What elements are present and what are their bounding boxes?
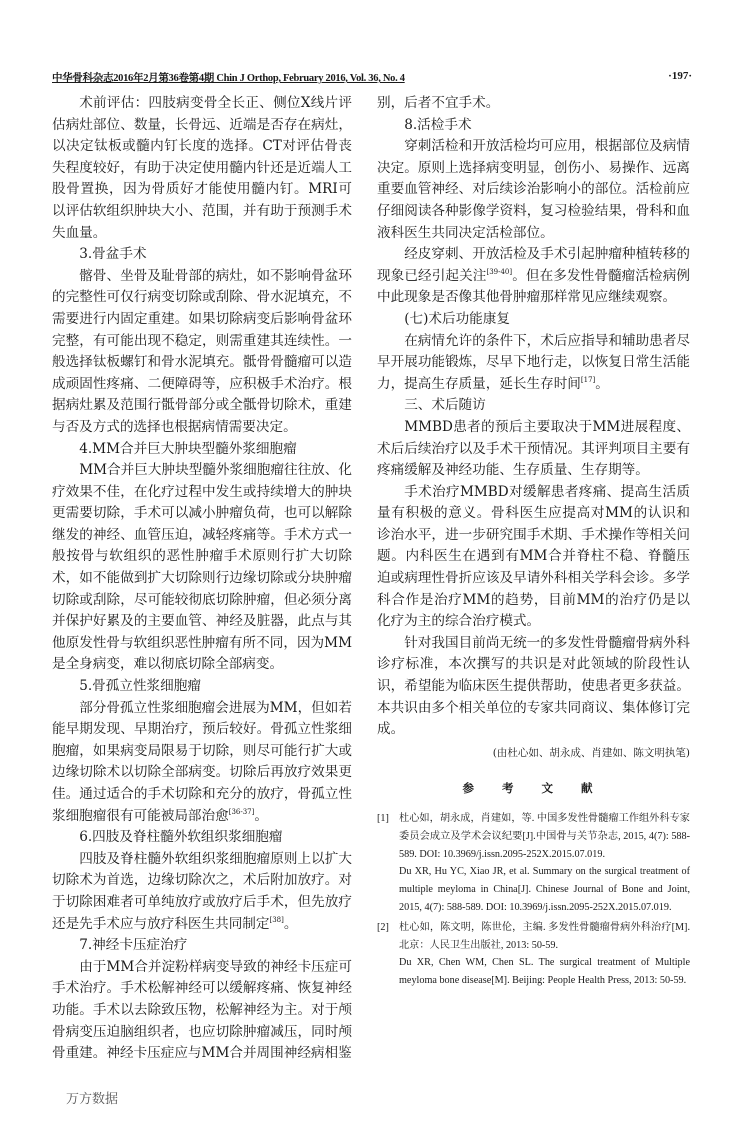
- page-number: ·197·: [668, 70, 692, 82]
- reference-chinese: 杜心如，胡永成，肖建如，等. 中国多发性骨髓瘤工作组外科专家委员会成立及学术会议…: [399, 813, 690, 860]
- paragraph-solitary-plasmacytoma: 部分骨孤立性浆细胞瘤会进展为MM，但如若能早期发现、早期治疗，预后较好。骨孤立性…: [52, 698, 352, 828]
- paragraph-preop-assessment: 术前评估：四肢病变骨全长正、侧位X线片评估病灶部位、数量，长骨远、近端是否存在病…: [52, 93, 352, 244]
- reference-number: [2]: [377, 919, 389, 937]
- paragraph-pelvic-surgery: 髂骨、坐骨及耻骨部的病灶，如不影响骨盆环的完整性可仅行病变切除或刮除、骨水泥填充…: [52, 266, 352, 439]
- paragraph-rehabilitation: 在病情允许的条件下，术后应指导和辅助患者尽早开展功能锻炼，尽早下地行走，以恢复日…: [377, 331, 690, 396]
- paragraph-nerve-entrapment: 由于MM合并淀粉样病变导致的神经卡压症可手术治疗。手术松解神经可以缓解疼痛、恢复…: [52, 957, 352, 1065]
- journal-citation: 中华骨科杂志2016年2月第36卷第4期 Chin J Orthop, Febr…: [52, 70, 405, 85]
- authors-signature: (由杜心如、胡永成、肖建如、陈文明执笔): [377, 743, 690, 765]
- paragraph-end: 。: [595, 376, 609, 392]
- citation: [39-40]: [486, 268, 512, 276]
- paragraph-prognosis: MMBD患者的预后主要取决于MM进展程度、术后后续治疗以及手术干预情况。其评判项…: [377, 417, 690, 482]
- heading-pelvic-surgery: 3.骨盆手术: [52, 244, 352, 266]
- heading-solitary-plasmacytoma: 5.骨孤立性浆细胞瘤: [52, 676, 352, 698]
- heading-soft-tissue-plasmacytoma: 6.四肢及脊柱髓外软组织浆细胞瘤: [52, 827, 352, 849]
- reference-chinese: 杜心如，陈文明，陈世伦，主编. 多发性骨髓瘤骨病外科治疗[M]. 北京：人民卫生…: [399, 922, 690, 951]
- reference-number: [1]: [377, 810, 389, 828]
- paragraph-biopsy-seeding: 经皮穿刺、开放活检及手术引起肿瘤种植转移的现象已经引起关注[39-40]。但在多…: [377, 244, 690, 309]
- left-column: 术前评估：四肢病变骨全长正、侧位X线片评估病灶部位、数量，长骨远、近端是否存在病…: [52, 93, 352, 1065]
- reference-english: Du XR, Hu YC, Xiao JR, et al. Summary on…: [399, 863, 690, 916]
- running-header: 中华骨科杂志2016年2月第36卷第4期 Chin J Orthop, Febr…: [52, 70, 692, 86]
- heading-nerve-entrapment: 7.神经卡压症治疗: [52, 935, 352, 957]
- paragraph-text: 在病情允许的条件下，术后应指导和辅助患者尽早开展功能锻炼，尽早下地行走，以恢复日…: [377, 333, 690, 392]
- citation: [38]: [270, 916, 284, 924]
- citation: [17]: [581, 376, 595, 384]
- paragraph-end: 。: [254, 808, 268, 824]
- paragraph-text: 四肢及脊柱髓外软组织浆细胞瘤原则上以扩大切除术为首选，边缘切除次之，术后附加放疗…: [52, 851, 352, 932]
- reference-item: [1] 杜心如，胡永成，肖建如，等. 中国多发性骨髓瘤工作组外科专家委员会成立及…: [377, 810, 690, 917]
- references-heading: 参 考 文 献: [377, 778, 690, 800]
- paragraph-soft-tissue-plasmacytoma: 四肢及脊柱髓外软组织浆细胞瘤原则上以扩大切除术为首选，边缘切除次之，术后附加放疗…: [52, 849, 352, 935]
- heading-extramedullary-plasmacytoma: 4.MM合并巨大肿块型髓外浆细胞瘤: [52, 439, 352, 461]
- watermark: 万方数据: [66, 1088, 118, 1107]
- paragraph-continued: 别，后者不宜手术。: [377, 93, 690, 115]
- paragraph-end: 。: [284, 916, 298, 932]
- paragraph-extramedullary-plasmacytoma: MM合并巨大肿块型髓外浆细胞瘤往往放、化疗效果不佳，在化疗过程中发生或持续增大的…: [52, 460, 352, 676]
- reference-list: [1] 杜心如，胡永成，肖建如，等. 中国多发性骨髓瘤工作组外科专家委员会成立及…: [377, 810, 690, 990]
- paragraph-biopsy: 穿刺活检和开放活检均可应用，根据部位及病情决定。原则上选择病变明显，创伤小、易操…: [377, 136, 690, 244]
- paragraph-text: 部分骨孤立性浆细胞瘤会进展为MM，但如若能早期发现、早期治疗，预后较好。骨孤立性…: [52, 700, 352, 824]
- reference-english: Du XR, Chen WM, Chen SL. The surgical tr…: [399, 954, 690, 990]
- paragraph-consensus-summary: 针对我国目前尚无统一的多发性骨髓瘤骨病外科诊疗标准，本次撰写的共识是对此领域的阶…: [377, 633, 690, 741]
- paragraph-surgical-significance: 手术治疗MMBD对缓解患者疼痛、提高生活质量有积极的意义。骨科医生应提高对MM的…: [377, 482, 690, 633]
- heading-rehabilitation: (七)术后功能康复: [377, 309, 690, 331]
- heading-follow-up: 三、术后随访: [377, 395, 690, 417]
- reference-item: [2] 杜心如，陈文明，陈世伦，主编. 多发性骨髓瘤骨病外科治疗[M]. 北京：…: [377, 919, 690, 990]
- right-column: 别，后者不宜手术。 8.活检手术 穿刺活检和开放活检均可应用，根据部位及病情决定…: [377, 93, 690, 992]
- citation: [36-37]: [229, 808, 255, 816]
- heading-biopsy: 8.活检手术: [377, 115, 690, 137]
